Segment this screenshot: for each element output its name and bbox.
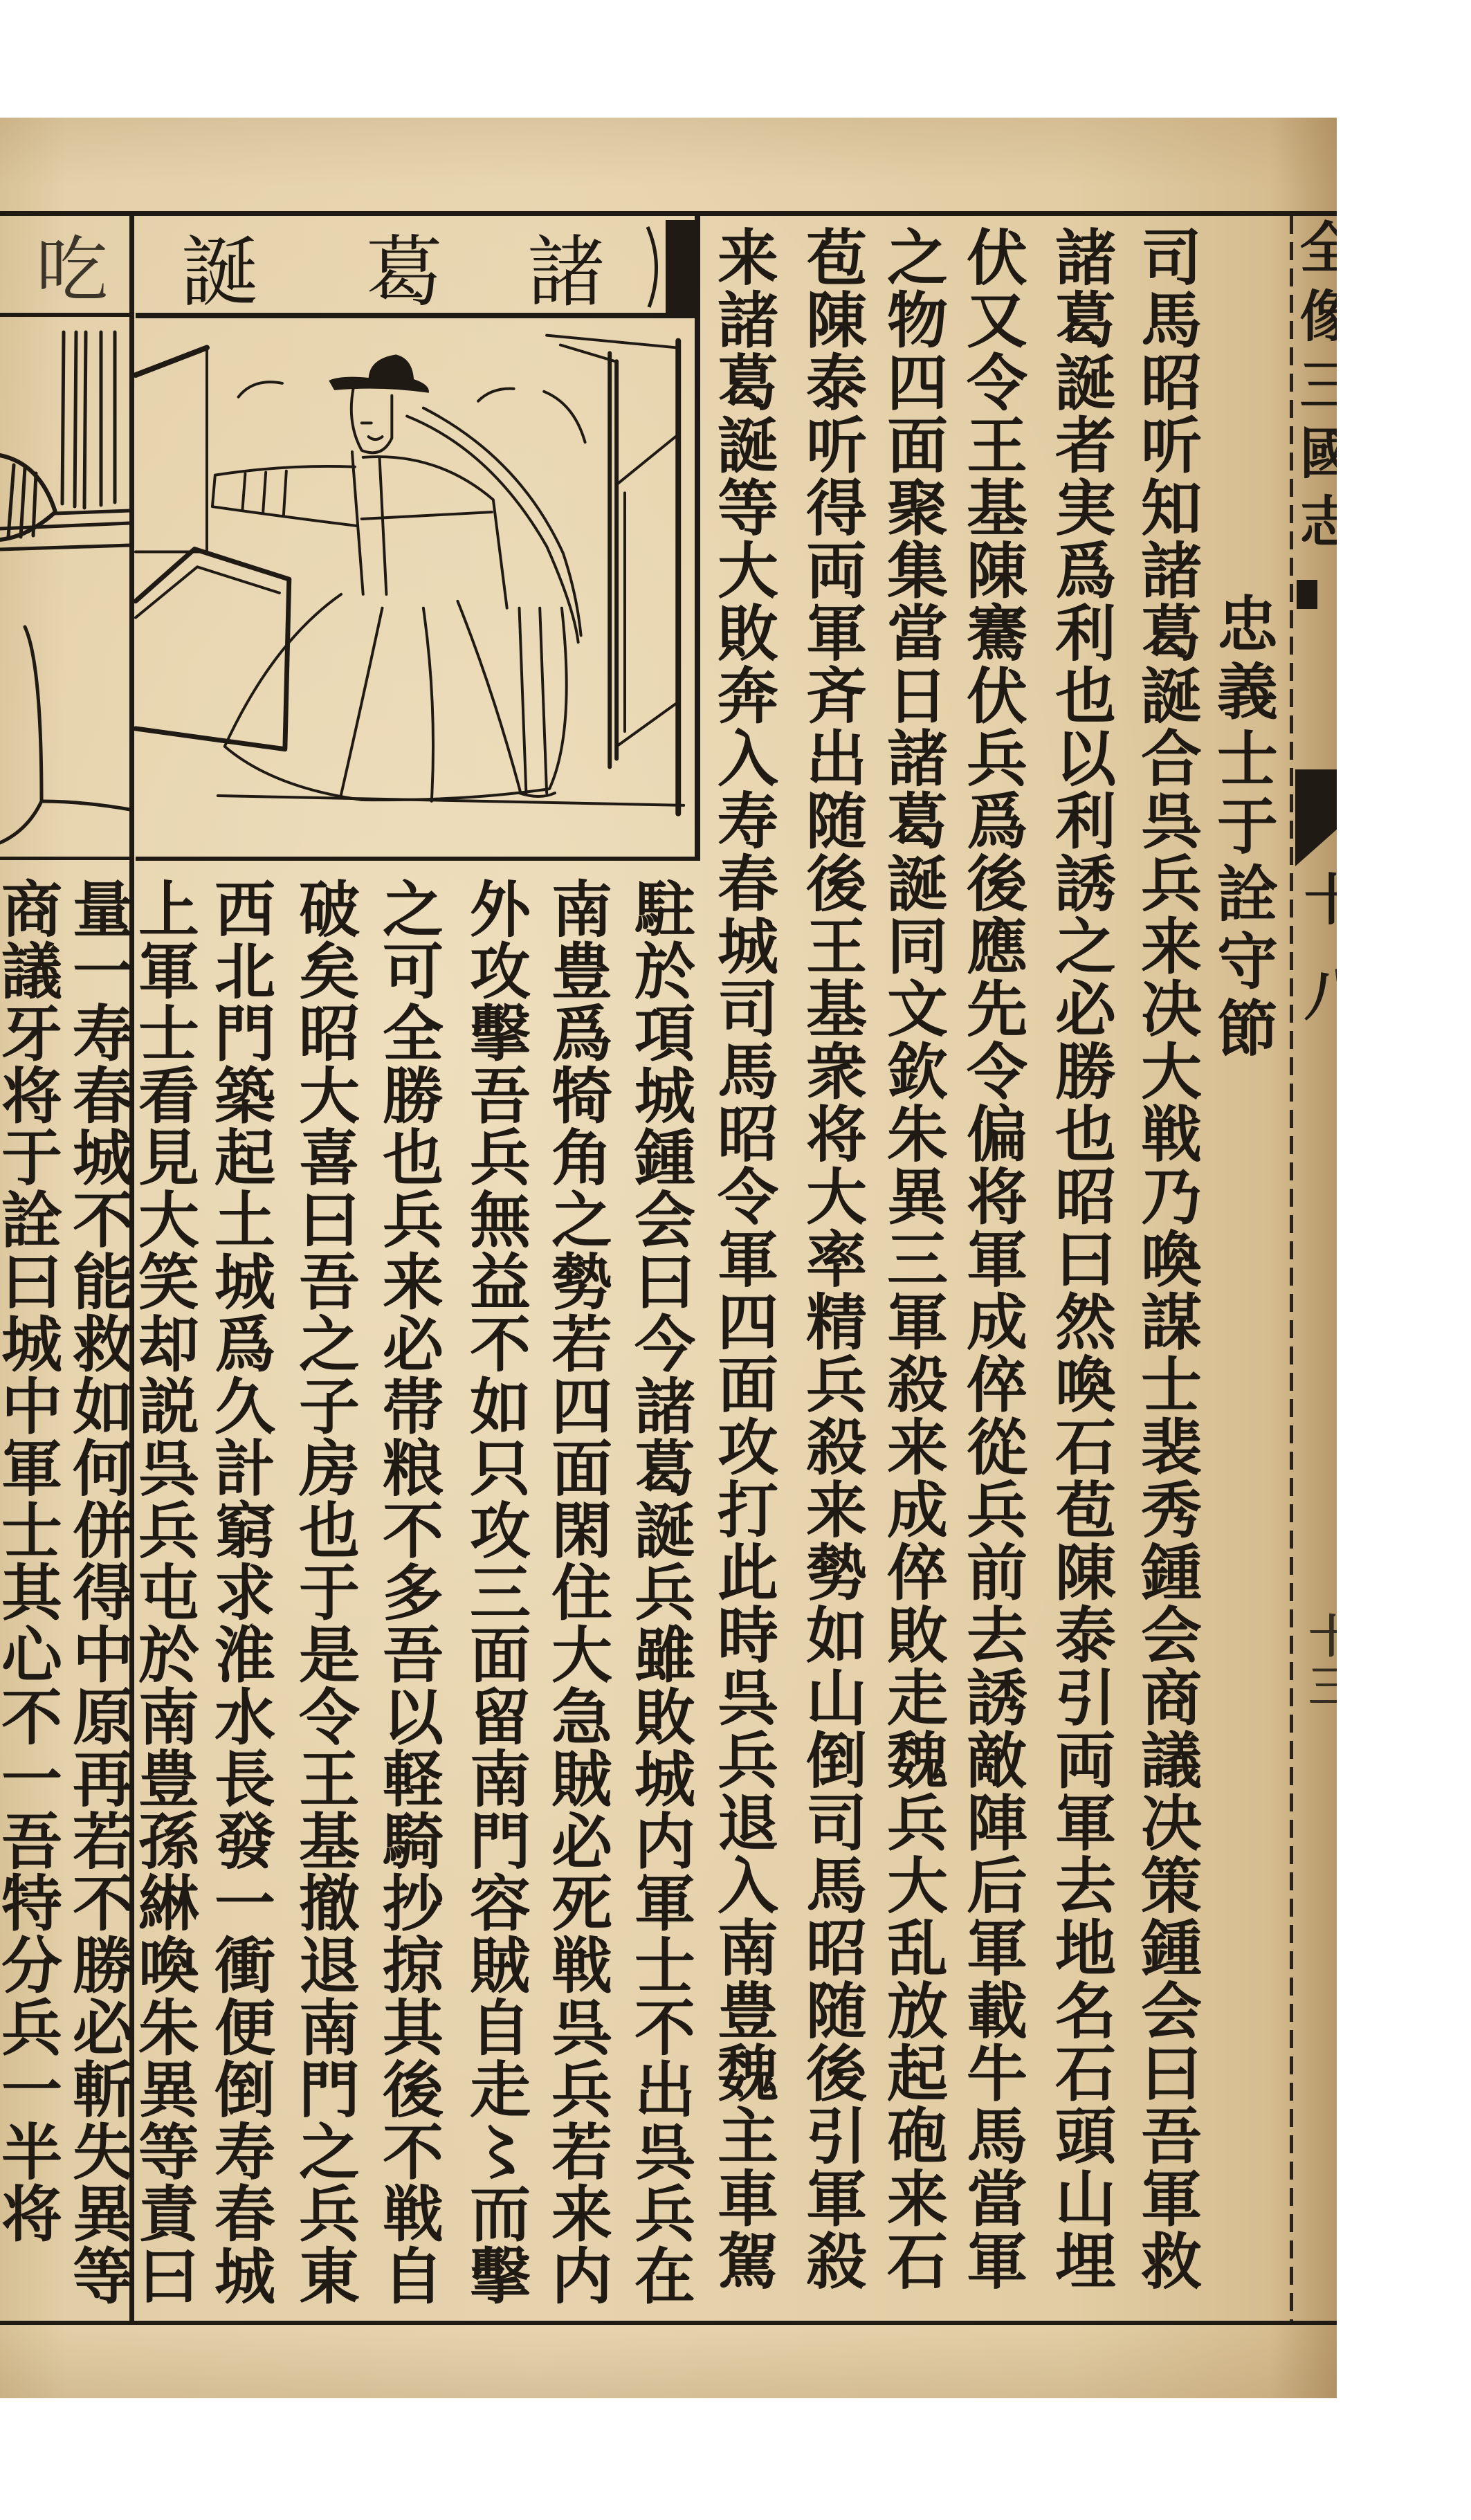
seated-official-illustration [136,318,695,857]
text-column: 苞陳泰听得両軍斉出随後王基衆将大率精兵殺来勢如山倒司馬昭随後引軍殺 [798,226,867,2292]
facing-illustration-bottom-rule [0,857,130,860]
text-column: 南豊爲犄角之勢若四面閑住大急賊必死戦呉兵若来内 [543,877,612,2306]
text-column: 破矣昭大喜曰吾之子房也于是令王基撤退南門之兵東 [291,877,360,2306]
margin-book-title: 全像三國志 [1294,219,1337,561]
illustration-caption-char: 諸 [527,231,605,314]
illustration-caption-char: 葛 [365,231,443,314]
text-column: 外攻擊吾兵無益不如只攻三面留南門容賊自走〻而擊 [462,877,531,2306]
text-column: 上軍士看見大笑却説呉兵屯於南豊孫綝喚朱異等責曰 [130,877,199,2306]
illustration-bottom-rule [136,857,700,861]
caption-bracket-curve [643,220,667,313]
top-border-rule [0,211,1337,216]
facing-caption-fragment: 吃 [36,228,108,311]
text-column: 之可全勝也兵来必帯粮不多吾以軽騎抄掠其後不戦自 [374,877,444,2306]
illustration-caption-char: 誕 [181,231,259,314]
margin-volume: 十八 [1298,870,1337,1061]
facing-text-column: 商議牙将于詮曰城中軍士其心不一吾特分兵一半将 [0,877,62,2245]
text-column: 駐於項城鍾会曰今諸葛誕兵雖敗城内軍士不出呉兵在 [626,877,695,2306]
text-column: 伏又令王基陳騫伏兵爲後應先令偏将軍成倅從兵前去誘敵陣后軍載牛馬當軍 [958,226,1027,2292]
text-column: 司馬昭听知諸葛誕合呉兵来决大戦乃喚謀士裴秀鍾会商議决策鍾会曰吾軍救 [1133,226,1202,2292]
text-column: 来諸葛誕等大敗奔入寿春城司馬昭令軍四面攻打此時呉兵退入南豊魏主車駕 [709,226,778,2292]
text-column: 諸葛誕者実爲利也以利誘之必勝也昭曰然喚石苞陳泰引両軍去地名石頭山埋 [1047,226,1116,2292]
text-column: 之物四面聚集當日諸葛誕同文欽朱異三軍殺来成倅敗走魏兵大乱放起砲来石 [879,226,948,2292]
facing-text-column: 量一寿春城不能救如何併得中原再若不勝必斬失異等 [64,877,134,2306]
bottom-border-rule [0,2321,1337,2325]
margin-small-marker [1297,580,1317,609]
caption-bracket-ornament [666,220,695,313]
chapter-heading: 忠義士于詮守節 [1209,592,1278,1064]
text-column: 西北門築起土城爲久計窮求淮水長發一衝便倒寿春城 [206,877,275,2306]
illustration-right-rule [695,216,700,861]
book-spread: 吃 量一寿春城不能救如何併得中原再若不勝必斬失異等 商議牙将于詮曰城中軍士其心不… [0,0,1337,2520]
margin-page-number: 十三 [1304,1612,1337,1712]
facing-illustration-fragment [0,317,130,857]
